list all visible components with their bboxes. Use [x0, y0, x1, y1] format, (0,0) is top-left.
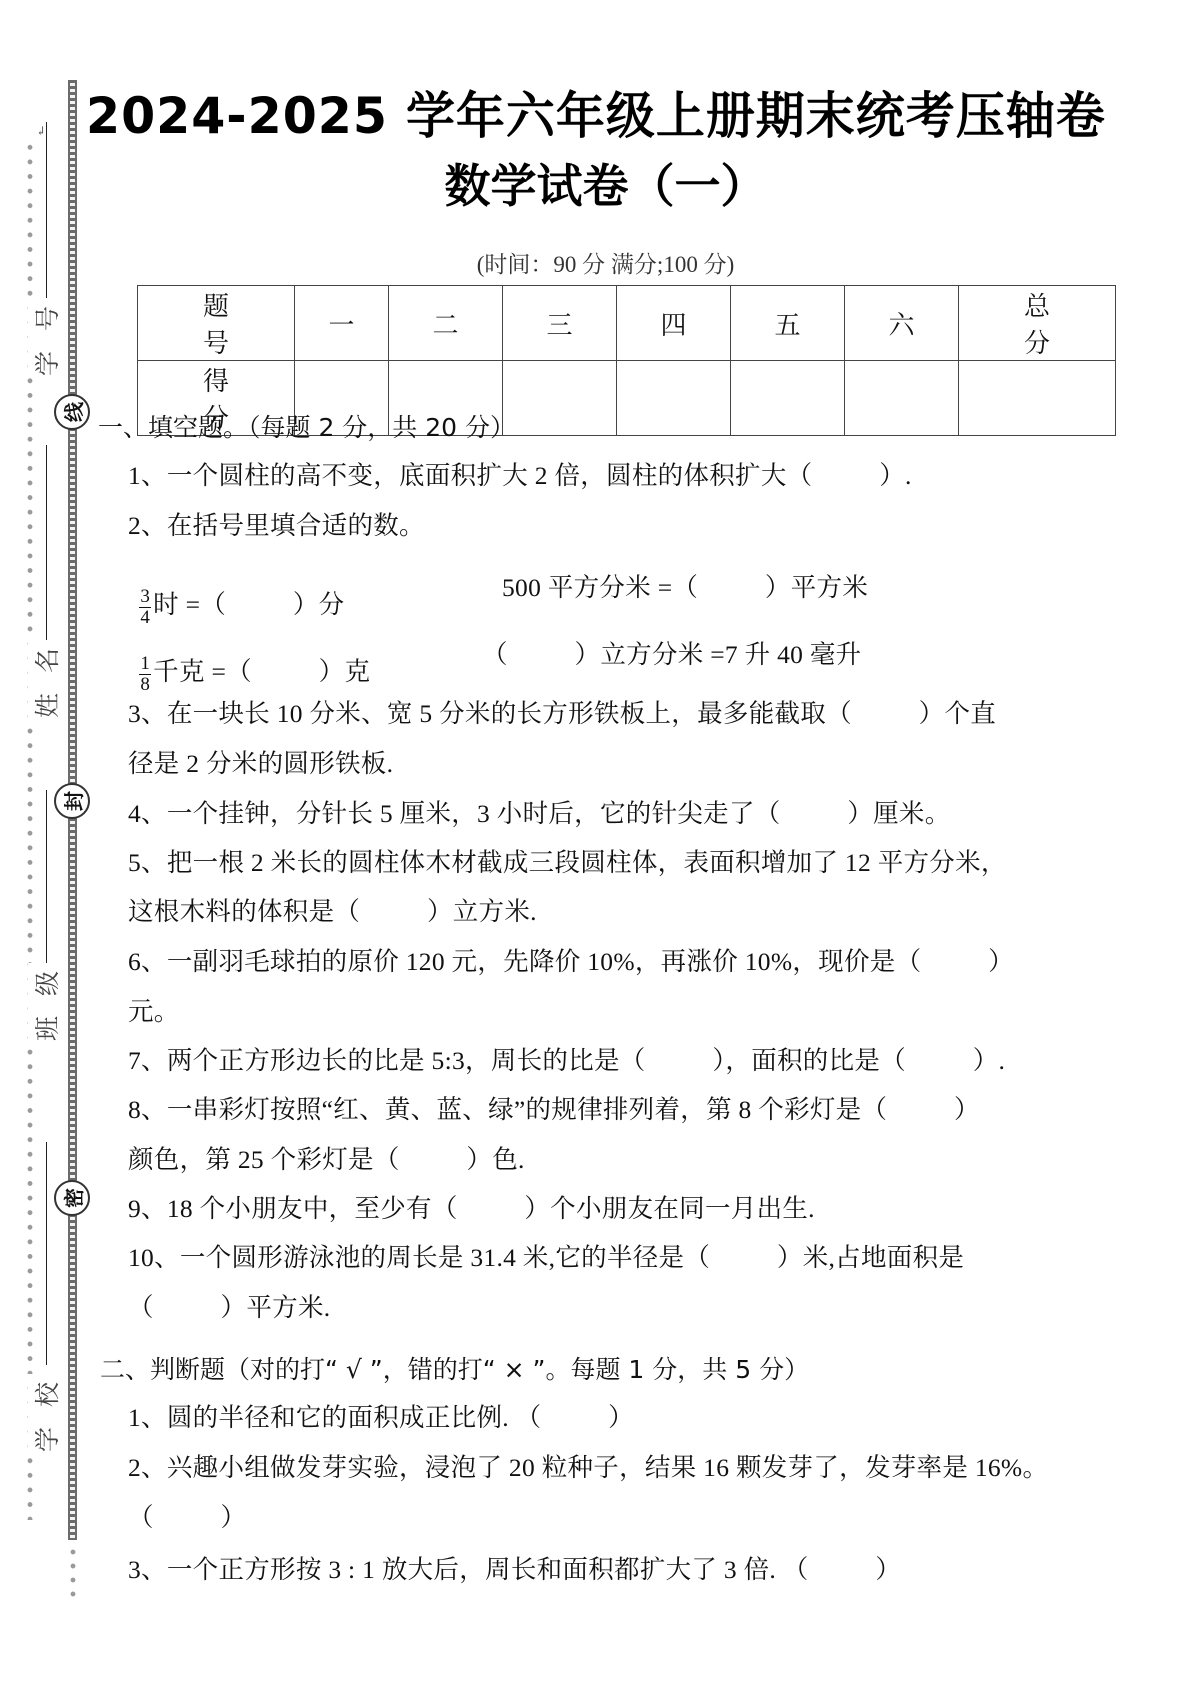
judge-question-2-line1: 2、兴趣小组做发芽实验，浸泡了 20 粒种子，结果 16 颗发芽了，发芽率是 1…	[128, 1448, 1048, 1484]
denominator: 8	[139, 675, 151, 695]
section1-heading: 一、填空题。（每题 2 分，共 20 分）	[98, 408, 515, 444]
judge-question-2-line2: （ ）	[128, 1498, 246, 1534]
name-line[interactable]	[46, 445, 47, 660]
fill-question-2c-text: 千克 =（ ）克	[153, 657, 370, 686]
fill-question-10-line1: 10、一个圆形游泳池的周长是 31.4 米,它的半径是（ ）米,占地面积是	[128, 1238, 964, 1274]
school-line[interactable]	[46, 1142, 47, 1365]
fill-question-2a: 34时 =（ ）分	[126, 555, 344, 628]
header-cell-5: 五	[731, 286, 845, 361]
fill-question-8-line1: 8、一串彩灯按照“红、黄、蓝、绿”的规律排列着，第 8 个彩灯是（ ）	[128, 1090, 980, 1126]
score-cell-6[interactable]	[845, 361, 959, 436]
name-label: 姓 名	[28, 640, 64, 720]
score-table-header-row: 题 号 一 二 三 四 五 六 总 分	[138, 286, 1116, 361]
fill-question-6-line1: 6、一副羽毛球拍的原价 120 元，先降价 10%，再涨价 10%，现价是（ ）	[128, 942, 1014, 978]
fill-question-7: 7、两个正方形边长的比是 5:3，周长的比是（ ），面积的比是（ ）.	[128, 1041, 1005, 1077]
seal-mi-icon: 密	[54, 1180, 90, 1216]
fill-question-5-line1: 5、把一根 2 米长的圆柱体木材截成三段圆柱体，表面积增加了 12 平方分米，	[128, 843, 1007, 879]
score-cell-5[interactable]	[731, 361, 845, 436]
student-id-label: 学 号	[28, 298, 64, 378]
fill-question-1: 1、一个圆柱的高不变，底面积扩大 2 倍，圆柱的体积扩大（ ）.	[128, 456, 912, 492]
fill-question-3-line2: 径是 2 分米的圆形铁板.	[128, 744, 393, 780]
fill-question-9: 9、18 个小朋友中，至少有（ ）个小朋友在同一月出生.	[128, 1189, 815, 1225]
fill-question-4: 4、一个挂钟，分针长 5 厘米，3 小时后，它的针尖走了（ ）厘米。	[128, 794, 951, 830]
exam-time-score-info: (时间：90 分 满分;100 分)	[0, 246, 1191, 279]
fill-question-2a-text: 时 =（ ）分	[153, 590, 344, 619]
exam-title: 2024-2025 学年六年级上册期末统考压轴卷	[86, 76, 1066, 148]
fill-question-10-line2: （ ）平方米.	[128, 1288, 330, 1324]
header-cell-2: 二	[389, 286, 503, 361]
fill-question-2d: （ ）立方分米 =7 升 40 毫升	[482, 635, 861, 671]
score-cell-4[interactable]	[617, 361, 731, 436]
binding-dots-tail	[70, 1545, 76, 1605]
numerator: 1	[139, 654, 151, 675]
fill-question-2: 2、在括号里填合适的数。	[128, 506, 425, 542]
fill-question-2b: 500 平方分米 =（ ）平方米	[502, 568, 868, 604]
header-cell-6: 六	[845, 286, 959, 361]
judge-question-1: 1、圆的半径和它的面积成正比例. （ ）	[128, 1398, 634, 1434]
judge-question-3: 3、一个正方形按 3 : 1 放大后，周长和面积都扩大了 3 倍. （ ）	[128, 1550, 901, 1586]
header-cell-3: 三	[503, 286, 617, 361]
class-line[interactable]	[46, 790, 47, 965]
seal-xian-icon: 线	[54, 394, 90, 430]
header-cell-4: 四	[617, 286, 731, 361]
header-cell-1: 一	[295, 286, 389, 361]
section2-heading: 二、判断题（对的打“ √ ”，错的打“ × ”。每题 1 分，共 5 分）	[100, 1350, 809, 1386]
fill-question-8-line2: 颜色，第 25 个彩灯是（ ）色.	[128, 1140, 525, 1176]
fill-question-5-line2: 这根木料的体积是（ ）立方米.	[128, 892, 537, 928]
corner-mark-icon: ↲	[36, 124, 46, 139]
score-cell-total[interactable]	[959, 361, 1116, 436]
header-cell-total: 总 分	[959, 286, 1116, 361]
school-label: 学 校	[28, 1374, 64, 1454]
class-label: 班 级	[28, 963, 64, 1043]
numerator: 3	[139, 587, 151, 608]
fill-question-6-line2: 元。	[128, 992, 180, 1028]
fill-question-3-line1: 3、在一块长 10 分米、宽 5 分米的长方形铁板上，最多能截取（ ）个直	[128, 694, 996, 730]
score-cell-3[interactable]	[503, 361, 617, 436]
exam-subtitle: 数学试卷（一）	[0, 150, 1191, 216]
header-cell-question-number: 题 号	[138, 286, 295, 361]
fraction-1-8: 18	[139, 654, 151, 695]
seal-feng-icon: 封	[54, 783, 90, 819]
fill-question-2c: 18千克 =（ ）克	[126, 622, 370, 695]
